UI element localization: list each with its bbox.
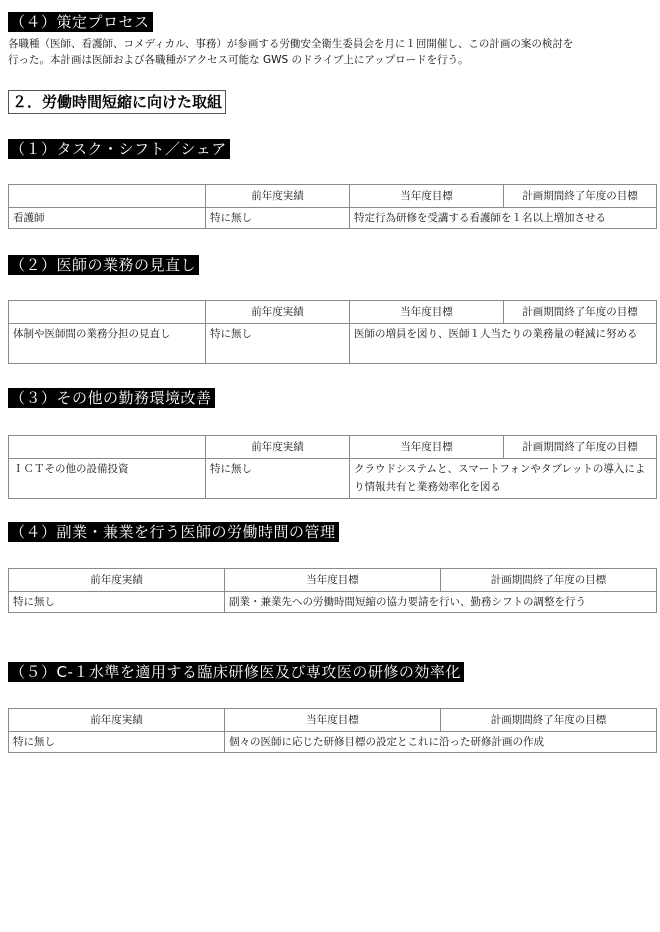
table-row: 看護師 特に無し 特定行為研修を受講する看護師を１名以上増加させる — [9, 208, 657, 229]
table-header-row: 前年度実績 当年度目標 計画期間終了年度の目標 — [9, 709, 657, 732]
header-cell-previous-year: 前年度実績 — [206, 436, 350, 459]
section-heading-formulation-process: （４）策定プロセス — [8, 12, 153, 32]
table-header-row: 前年度実績 当年度目標 計画期間終了年度の目標 — [9, 301, 657, 324]
previous-year-value: 特に無し — [9, 732, 225, 753]
paragraph-line: 行った。本計画は医師および各職種がアクセス可能な GWS のドライブ上にアップロ… — [8, 52, 658, 68]
target-merged-value: 医師の増員を図り、医師１人当たりの業務量の軽減に努める — [350, 324, 657, 364]
header-cell-final-target: 計画期間終了年度の目標 — [441, 569, 657, 592]
previous-year-value: 特に無し — [206, 459, 350, 499]
chapter-heading: ２．労働時間短縮に向けた取組 — [8, 90, 226, 114]
previous-year-value: 特に無し — [206, 208, 350, 229]
work-environment-table: 前年度実績 当年度目標 計画期間終了年度の目標 ＩＣＴその他の設備投資 特に無し… — [8, 435, 657, 499]
header-cell-previous-year: 前年度実績 — [206, 301, 350, 324]
table-row: 特に無し 副業・兼業先への労働時間短縮の協力要請を行い、勤務シフトの調整を行う — [9, 592, 657, 613]
c1-training-efficiency-table: 前年度実績 当年度目標 計画期間終了年度の目標 特に無し 個々の医師に応じた研修… — [8, 708, 657, 753]
target-merged-value: クラウドシステムと、スマートフォンやタブレットの導入により情報共有と業務効率化を… — [350, 459, 657, 499]
header-cell-final-target: 計画期間終了年度の目標 — [441, 709, 657, 732]
header-cell-current-target: 当年度目標 — [350, 301, 504, 324]
header-cell-empty — [9, 436, 206, 459]
previous-year-value: 特に無し — [206, 324, 350, 364]
section-heading-doctor-duty-review: （２）医師の業務の見直し — [8, 255, 199, 275]
header-cell-empty — [9, 185, 206, 208]
header-cell-final-target: 計画期間終了年度の目標 — [504, 301, 657, 324]
table-header-row: 前年度実績 当年度目標 計画期間終了年度の目標 — [9, 569, 657, 592]
table-row: 体制や医師間の業務分担の見直し 特に無し 医師の増員を図り、医師１人当たりの業務… — [9, 324, 657, 364]
section-heading-c1-training-efficiency: （５）C-１水準を適用する臨床研修医及び専攻医の研修の効率化 — [8, 662, 464, 682]
previous-year-value: 特に無し — [9, 592, 225, 613]
doctor-duty-review-table: 前年度実績 当年度目標 計画期間終了年度の目標 体制や医師間の業務分担の見直し … — [8, 300, 657, 364]
header-cell-previous-year: 前年度実績 — [206, 185, 350, 208]
row-label: 体制や医師間の業務分担の見直し — [9, 324, 206, 364]
task-shift-table: 前年度実績 当年度目標 計画期間終了年度の目標 看護師 特に無し 特定行為研修を… — [8, 184, 657, 229]
table-row: 特に無し 個々の医師に応じた研修目標の設定とこれに沿った研修計画の作成 — [9, 732, 657, 753]
header-cell-current-target: 当年度目標 — [350, 436, 504, 459]
table-row: ＩＣＴその他の設備投資 特に無し クラウドシステムと、スマートフォンやタブレット… — [9, 459, 657, 499]
header-cell-final-target: 計画期間終了年度の目標 — [504, 436, 657, 459]
header-cell-current-target: 当年度目標 — [350, 185, 504, 208]
table-header-row: 前年度実績 当年度目標 計画期間終了年度の目標 — [9, 436, 657, 459]
side-job-management-table: 前年度実績 当年度目標 計画期間終了年度の目標 特に無し 副業・兼業先への労働時… — [8, 568, 657, 613]
formulation-process-paragraph: 各職種（医師、看護師、コメディカル、事務）が参画する労働安全衛生委員会を月に１回… — [8, 36, 658, 68]
section-heading-side-job-management: （４）副業・兼業を行う医師の労働時間の管理 — [8, 522, 339, 542]
paragraph-line: 各職種（医師、看護師、コメディカル、事務）が参画する労働安全衛生委員会を月に１回… — [8, 36, 658, 52]
header-cell-final-target: 計画期間終了年度の目標 — [504, 185, 657, 208]
section-heading-work-environment: （３）その他の勤務環境改善 — [8, 388, 215, 408]
header-cell-current-target: 当年度目標 — [225, 709, 441, 732]
row-label: 看護師 — [9, 208, 206, 229]
target-merged-value: 副業・兼業先への労働時間短縮の協力要請を行い、勤務シフトの調整を行う — [225, 592, 657, 613]
header-cell-previous-year: 前年度実績 — [9, 709, 225, 732]
header-cell-empty — [9, 301, 206, 324]
target-merged-value: 特定行為研修を受講する看護師を１名以上増加させる — [350, 208, 657, 229]
section-heading-task-shift: （１）タスク・シフト／シェア — [8, 139, 230, 159]
header-cell-current-target: 当年度目標 — [225, 569, 441, 592]
target-merged-value: 個々の医師に応じた研修目標の設定とこれに沿った研修計画の作成 — [225, 732, 657, 753]
table-header-row: 前年度実績 当年度目標 計画期間終了年度の目標 — [9, 185, 657, 208]
row-label: ＩＣＴその他の設備投資 — [9, 459, 206, 499]
header-cell-previous-year: 前年度実績 — [9, 569, 225, 592]
